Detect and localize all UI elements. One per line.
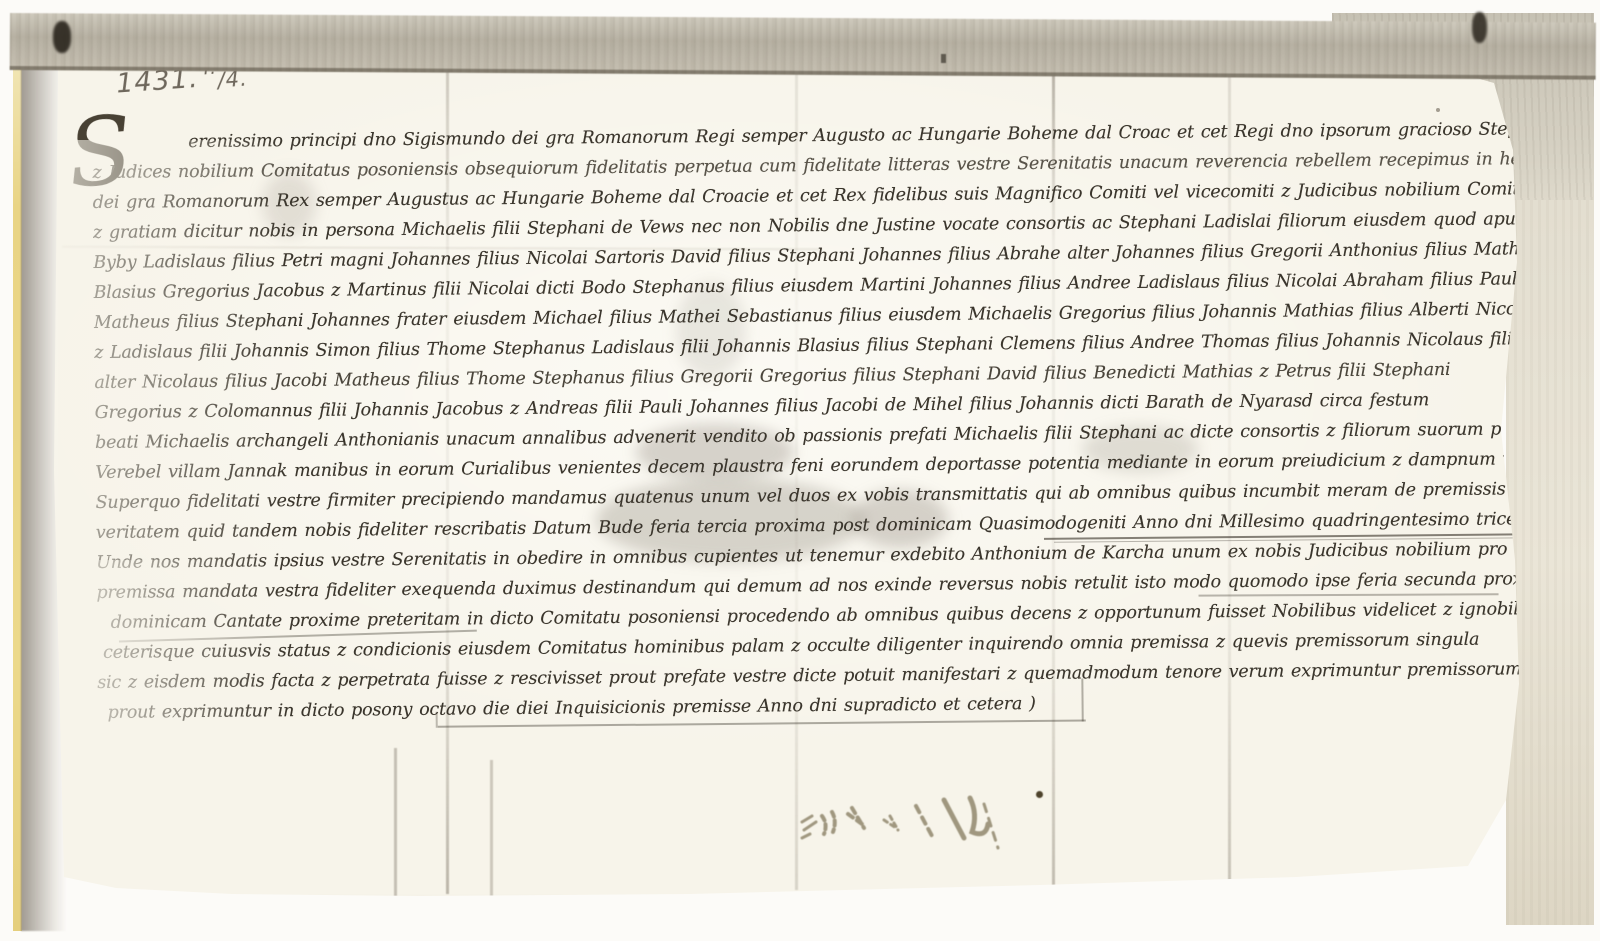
faded-ink-veil xyxy=(58,560,238,760)
fold-line xyxy=(490,760,493,896)
reader-underline-tick xyxy=(436,712,438,728)
manuscript-text-block: erenissimo principi dno Sigismundo dei g… xyxy=(92,114,1540,744)
manuscript-sheet: 1431.I./4. S erenissimo principi dno Sig… xyxy=(0,0,1600,941)
photo-background-grain-top xyxy=(10,13,1596,80)
reader-underline-tick xyxy=(1081,679,1083,722)
verso-ink-showthrough xyxy=(788,786,1028,866)
ink-speck xyxy=(1036,791,1043,798)
fold-line xyxy=(394,748,397,896)
film-clip-mark xyxy=(1472,12,1487,43)
film-clip-mark xyxy=(53,21,71,53)
film-clip-mark xyxy=(941,54,946,63)
ink-speck xyxy=(1436,108,1440,112)
photo-background-right xyxy=(1506,200,1594,925)
